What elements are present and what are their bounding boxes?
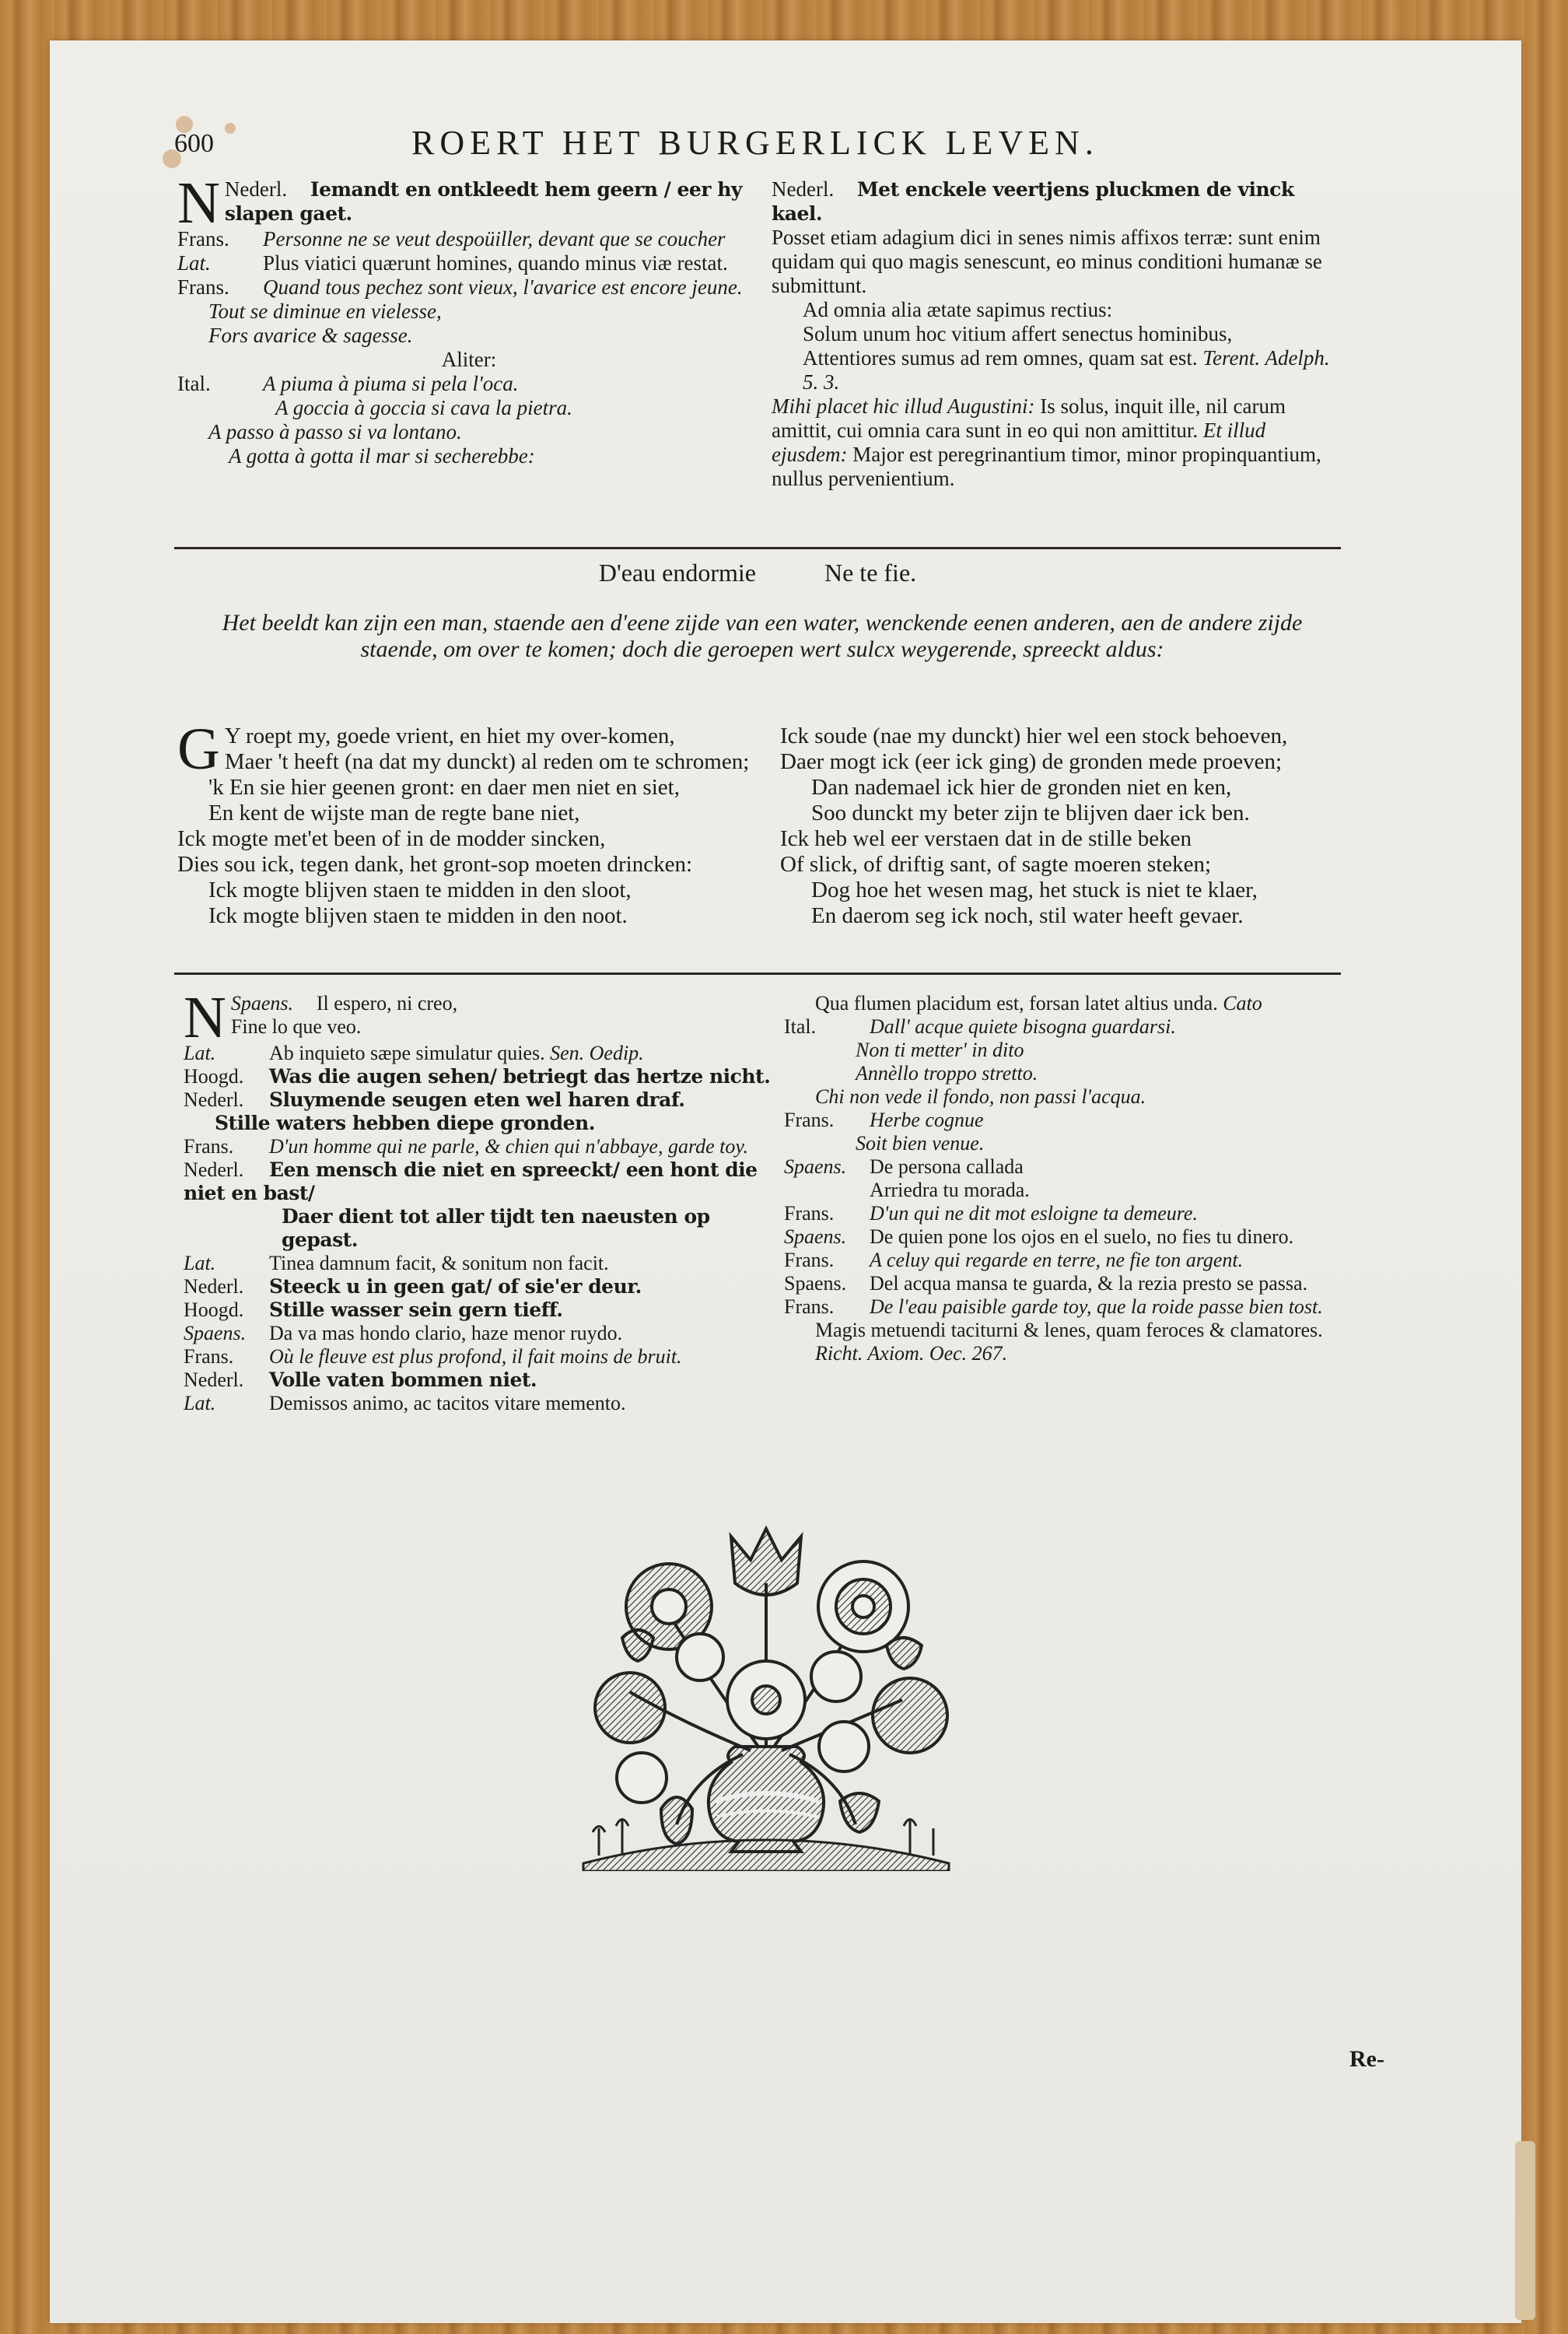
drop-cap: N	[177, 179, 220, 227]
poem-line: Daer mogt ick (eer ick ging) de gronden …	[780, 749, 1356, 775]
proverb-line: Daer dient tot aller tijdt ten naeusten …	[184, 1205, 775, 1252]
proverb-line: Non ti metter' in dito	[784, 1039, 1356, 1062]
proverb-text: Stille wasser sein gern tieff.	[269, 1298, 562, 1321]
proverb-line: Arriedra tu morada.	[784, 1179, 1356, 1202]
proverb-line: Fors avarice & sagesse.	[177, 324, 761, 348]
section-divider	[174, 972, 1341, 975]
page-number: 600	[174, 129, 214, 159]
proverb-line: Fine lo que veo.	[184, 1015, 775, 1039]
proverb-text: Del acqua mansa te guarda, & la rezia pr…	[870, 1272, 1307, 1295]
proverb-text: Qua flumen placidum est, forsan latet al…	[815, 992, 1218, 1015]
running-head-title: ROERT HET BURGERLICK LEVEN.	[411, 123, 1099, 163]
proverb-line: Soit bien venue.	[784, 1132, 1356, 1155]
proverb-text: De quien pone los ojos en el suelo, no f…	[870, 1225, 1293, 1248]
drop-cap: N	[184, 994, 226, 1042]
proverb-text: Tinea damnum facit, & sonitum non facit.	[269, 1252, 609, 1274]
proverb-text: Plus viatici quærunt homines, quando min…	[263, 251, 728, 275]
section-divider	[174, 547, 1341, 549]
proverb-text: Personne ne se veut despoüiller, devant …	[263, 227, 726, 251]
language-label: Frans.	[177, 275, 263, 300]
commentary-intro: Mihi placet hic illud Augustini:	[772, 394, 1034, 418]
language-label: Frans.	[184, 1135, 269, 1158]
proverb-text: Il espero, ni creo,	[317, 992, 457, 1015]
poem-line: Ick mogte met'et been of in de modder si…	[177, 826, 768, 852]
commentary-text: Posset etiam adagium dici in senes nimis…	[772, 226, 1339, 298]
poem-line: En kent de wijste man de regte bane niet…	[177, 801, 768, 826]
bottom-left-column: Spaens.NIl espero, ni creo, Fine lo que …	[184, 992, 775, 1415]
language-label: Ital.	[177, 372, 263, 396]
proverb-text: Volle vaten bommen niet.	[269, 1369, 537, 1391]
proverb-text: Herbe cognue	[870, 1109, 984, 1131]
proverb-text: De persona callada	[870, 1155, 1024, 1178]
quote-line: Attentiores sumus ad rem omnes, quam sat…	[803, 346, 1198, 370]
citation: Cato	[1223, 992, 1262, 1015]
poem-line: Dies sou ick, tegen dank, het gront-sop …	[177, 852, 768, 878]
language-label: Spaens.	[184, 1322, 269, 1345]
drop-cap: G	[177, 725, 220, 773]
proverb-text: Dall' acque quiete bisogna guardarsi.	[870, 1015, 1176, 1038]
proverb-line: A goccia à goccia si cava la pietra.	[177, 396, 761, 420]
proverb-line: A gotta à gotta il mar si secherebbe:	[177, 444, 761, 468]
language-label: Ital.	[784, 1015, 870, 1039]
poem-line: Dan nademael ick hier de gronden niet en…	[780, 775, 1356, 801]
proverb-text: A celuy qui regarde en terre, ne fie ton…	[870, 1249, 1243, 1271]
proverb-text: Quand tous pechez sont vieux, l'avarice …	[263, 275, 743, 299]
proverb-text: Was die augen sehen/ betriegt das hertze…	[269, 1065, 770, 1088]
proverb-text: D'un homme qui ne parle, & chien qui n'a…	[269, 1135, 748, 1158]
proverb-line: Tout se diminue en vielesse,	[177, 300, 761, 324]
proverb-text: Où le fleuve est plus profond, il fait m…	[269, 1345, 682, 1368]
woodcut-flower-vase-icon	[576, 1521, 957, 1871]
language-label: Nederl.	[184, 1275, 269, 1298]
proverb-line: A passo à passo si va lontano.	[177, 420, 761, 444]
proverb-text: De l'eau paisible garde toy, que la roid…	[870, 1295, 1323, 1318]
quote-line: Ad omnia alia ætate sapimus rectius:	[772, 298, 1339, 322]
proverb-text: Ab inquieto sæpe simulatur quies.	[269, 1042, 545, 1064]
top-left-column: Nederl.NIemandt en ontkleedt hem geern /…	[177, 177, 761, 468]
language-label: Lat.	[184, 1042, 269, 1065]
quote-line: Solum unum hoc vitium affert senectus ho…	[772, 322, 1339, 346]
proverb-line: Stille waters hebben diepe gronden.	[184, 1112, 775, 1135]
poem-line: Soo dunckt my beter zijn te blijven daer…	[780, 801, 1356, 826]
poem-right-column: Ick soude (nae my dunckt) hier wel een s…	[780, 724, 1356, 929]
language-label: Frans.	[177, 227, 263, 251]
proverb-text: Steeck u in geen gat/ of sie'er deur.	[269, 1275, 642, 1298]
language-label: Nederl.	[184, 1369, 269, 1392]
language-label: Lat.	[184, 1392, 269, 1415]
bottom-right-column: Qua flumen placidum est, forsan latet al…	[784, 992, 1356, 1365]
proverb-text: Sluymende seugen eten wel haren draf.	[269, 1088, 684, 1111]
language-label: Frans.	[784, 1295, 870, 1319]
catchword: Re-	[1349, 2046, 1384, 2073]
language-label: Frans.	[784, 1202, 870, 1225]
proverb-line: Chi non vede il fondo, non passi l'acqua…	[784, 1085, 1356, 1109]
language-label: Spaens.	[784, 1155, 870, 1179]
language-label: Lat.	[177, 251, 263, 275]
language-label: Nederl.	[225, 177, 310, 202]
proverb-text: Een mensch die niet en spreeckt/ een hon…	[184, 1158, 758, 1204]
poem-line: Y roept my, goede vrient, en hiet my ove…	[225, 724, 675, 748]
language-label: Spaens.	[784, 1225, 870, 1249]
top-right-column: Nederl.Met enckele veertjens pluckmen de…	[772, 177, 1339, 491]
poem-line: Ick mogte blijven staen te midden in den…	[177, 903, 768, 929]
language-label: Spaens.	[784, 1272, 870, 1295]
proverb-text: A piuma à piuma si pela l'oca.	[263, 372, 519, 395]
poem-line: En daerom seg ick noch, stil water heeft…	[780, 903, 1356, 929]
poem-line: Ick heb wel eer verstaen dat in de still…	[780, 826, 1356, 852]
poem-line: Of slick, of driftig sant, of sagte moer…	[780, 852, 1356, 878]
language-label: Frans.	[784, 1249, 870, 1272]
proverb-text: Da va mas hondo clario, haze menor ruydo…	[269, 1322, 622, 1344]
language-label: Frans.	[184, 1345, 269, 1369]
aliter-label: Aliter:	[177, 348, 761, 372]
language-label: Lat.	[184, 1252, 269, 1275]
citation: Richt. Axiom. Oec. 267.	[815, 1342, 1007, 1365]
proverb-line: Annèllo troppo stretto.	[784, 1062, 1356, 1085]
poem-line: Maer 't heeft (na dat my dunckt) al rede…	[177, 749, 768, 775]
language-label: Nederl.	[184, 1088, 269, 1112]
language-label: Spaens.	[231, 992, 317, 1015]
proverb-text: Magis metuendi taciturni & lenes, quam f…	[815, 1319, 1323, 1341]
proverb-text: D'un qui ne dit mot esloigne ta demeure.	[870, 1202, 1198, 1225]
poem-line: Ick mogte blijven staen te midden in den…	[177, 878, 768, 903]
language-label: Nederl.	[772, 177, 857, 202]
language-label: Hoogd.	[184, 1065, 269, 1088]
poem-line: 'k En sie hier geenen gront: en daer men…	[177, 775, 768, 801]
language-label: Hoogd.	[184, 1298, 269, 1322]
citation: Sen. Oedip.	[550, 1042, 644, 1064]
motto-right: Ne te fie.	[824, 559, 916, 587]
poem-line: Dog hoe het wesen mag, het stuck is niet…	[780, 878, 1356, 903]
poem-line: Ick soude (nae my dunckt) hier wel een s…	[780, 724, 1356, 749]
poem-left-column: GY roept my, goede vrient, en hiet my ov…	[177, 724, 768, 929]
motto-left: D'eau endormie	[599, 559, 756, 587]
running-head: 600 ROERT HET BURGERLICK LEVEN.	[174, 123, 1388, 162]
emblem-description: Het beeldt kan zijn een man, staende aen…	[194, 610, 1330, 663]
commentary-text: Major est peregrinantium timor, minor pr…	[772, 443, 1321, 490]
proverb-text: Demissos animo, ac tacitos vitare mement…	[269, 1392, 626, 1414]
language-label: Frans.	[784, 1109, 870, 1132]
language-label: Nederl.	[184, 1158, 269, 1182]
emblem-motto: D'eau endormie Ne te fie.	[174, 559, 1341, 587]
